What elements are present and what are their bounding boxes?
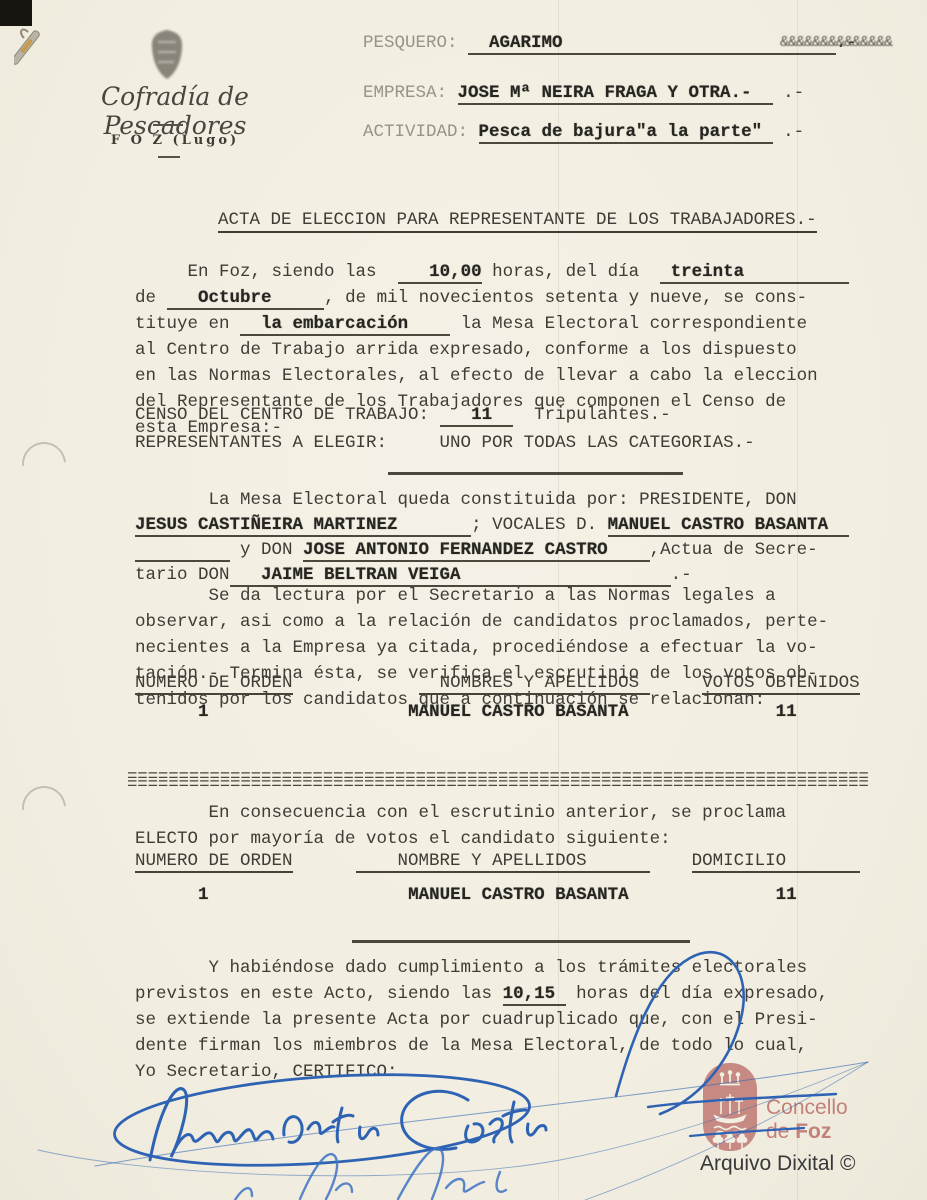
concello-de-foz-wordmark: Concello de Foz (766, 1096, 848, 1144)
section-divider (352, 940, 690, 943)
signature-manuel (284, 1108, 378, 1142)
coat-of-arms-icon (148, 28, 186, 82)
staple-icon (14, 22, 64, 82)
equals-divider: ========================================… (127, 773, 869, 789)
field-actividad: ACTIVIDAD: Pesca de bajura"a la parte" .… (363, 122, 804, 142)
paragraph-mesa-electoral-miembros: La Mesa Electoral queda constituida por:… (135, 488, 849, 588)
censo-representantes-lines: CENSO DEL CENTRO DE TRABAJO: 11 Tripulan… (135, 401, 755, 457)
letterhead-divider (158, 156, 180, 158)
trees-icon (713, 1134, 746, 1149)
punch-hole (13, 777, 75, 839)
organization-place: F O Z (Lugo) (50, 133, 300, 148)
archive-credit: Arquivo Dixital © (700, 1152, 856, 1176)
field-empresa: EMPRESA: JOSE Mª NEIRA FRAGA Y OTRA.- .- (363, 83, 804, 103)
signature-castro (402, 1091, 546, 1149)
letterhead-divider (153, 124, 183, 126)
votes-table-row: 1 MANUEL CASTRO BASANTA 11 (135, 702, 797, 722)
signature-manuel (150, 1089, 273, 1160)
signature-partial-bottom (235, 1148, 506, 1200)
punch-hole (13, 433, 75, 495)
organization-name: Cofradía de Pescadores (50, 82, 300, 140)
scanned-document-page: Cofradía de Pescadores F O Z (Lugo) &&&&… (0, 0, 927, 1200)
section-divider (388, 472, 683, 475)
field-pesquero: PESQUERO: AGARIMO .- (363, 33, 857, 53)
elected-table-header: NUMERO DE ORDEN NOMBRE Y APELLIDOS DOMIC… (135, 851, 860, 871)
elected-table-row: 1 MANUEL CASTRO BASANTA 11 (135, 885, 797, 905)
votes-table-header: NUMERO DE ORDEN NOMBRES Y APELLIDOS VOTO… (135, 673, 860, 693)
document-title: ACTA DE ELECCION PARA REPRESENTANTE DE L… (218, 210, 817, 230)
concello-de-foz-emblem (702, 1062, 760, 1154)
paragraph-proclamacion: En consecuencia con el escrutinio anteri… (135, 800, 786, 852)
